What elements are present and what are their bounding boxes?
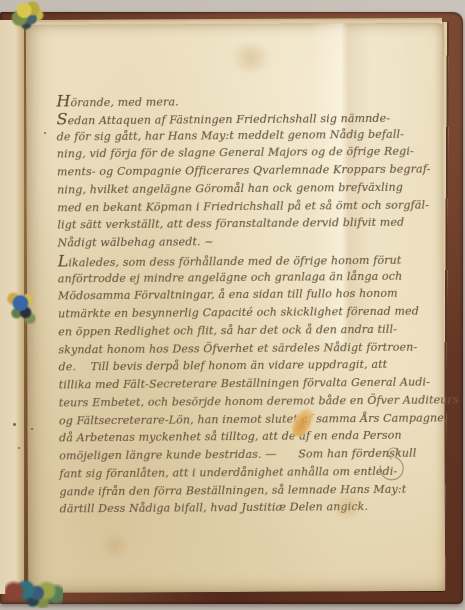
manuscript-line: ning, hvilket angelägne Göromål han ock … (57, 178, 443, 199)
middle-marker-knot (6, 288, 36, 324)
paper-speck (13, 423, 16, 426)
paper-speck (44, 132, 46, 134)
manuscript-page: Hörande, med mera.Sedan Attaquen af Fäst… (26, 23, 445, 593)
manuscript-line: därtill Dess Nådiga bifall, hvad Justiti… (60, 498, 446, 519)
bottom-endband-tassel (5, 578, 63, 608)
foxing-spot (98, 534, 132, 556)
paper-speck (18, 447, 20, 449)
paper-speck (31, 428, 33, 430)
manuscript-line: ligt sätt verkställt, att dess föranstal… (57, 214, 443, 235)
manuscript-line: Likaledes, som dess förhållande med de ö… (58, 249, 444, 270)
manuscript-line: en öppen Redlighet och flit, så har det … (58, 320, 444, 341)
top-endband-tassel (9, 0, 47, 30)
manuscript-line: gande ifrån den förra Beställningen, så … (59, 480, 445, 501)
manuscript-line: Sedan Attaquen af Fästningen Friedrichsh… (56, 107, 442, 128)
manuscript-line: teurs Embetet, och besörjde honom deremo… (59, 391, 445, 412)
foxing-spot (226, 44, 276, 72)
photograph-of-manuscript-book: Hörande, med mera.Sedan Attaquen af Fäst… (0, 0, 465, 610)
foxing-spot (328, 493, 368, 519)
